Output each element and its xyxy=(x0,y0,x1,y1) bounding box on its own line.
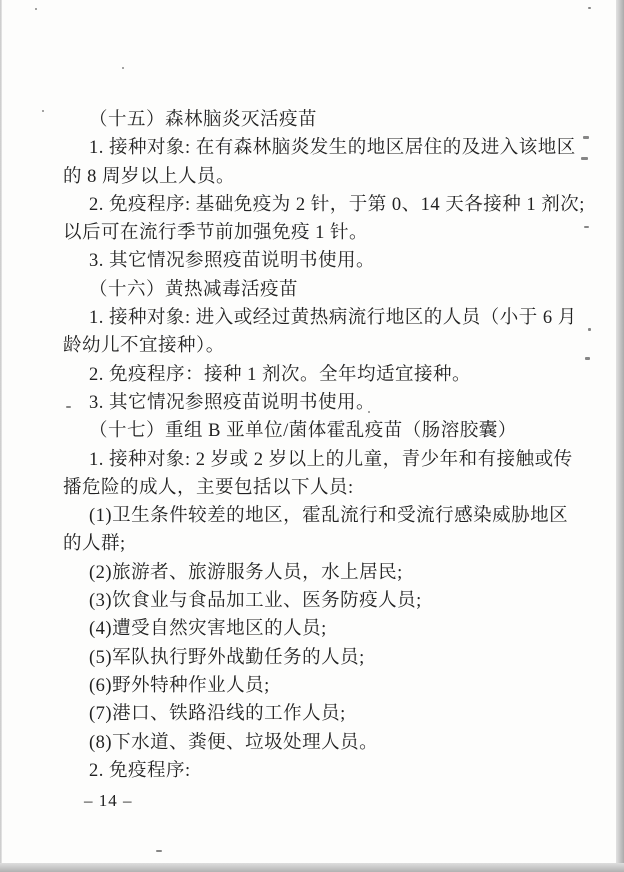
scan-speck xyxy=(66,406,71,408)
text-line: 龄幼儿不宜接种）。 xyxy=(63,332,563,360)
text-line: 的 8 周岁以上人员。 xyxy=(63,163,563,191)
text-line: (3)饮食业与食品加工业、医务防疫人员; xyxy=(63,587,563,615)
text-line: (1)卫生条件较差的地区，霍乱流行和受流行感染威胁地区 xyxy=(63,502,563,530)
section-heading: （十五）森林脑炎灭活疫苗 xyxy=(63,106,563,134)
text-line: 3. 其它情况参照疫苗说明书使用。 xyxy=(63,247,563,275)
scan-speck xyxy=(584,226,589,228)
section-heading: （十六）黄热减毒活疫苗 xyxy=(63,276,563,304)
text-line: 1. 接种对象: 进入或经过黄热病流行地区的人员（小于 6 月 xyxy=(63,304,563,332)
scan-speck xyxy=(588,328,591,331)
page-number: – 14 – xyxy=(84,791,133,811)
section-heading: （十七）重组 B 亚单位/菌体霍乱疫苗（肠溶胶囊） xyxy=(63,417,563,445)
text-line: 1. 接种对象: 在有森林脑炎发生的地区居住的及进入该地区 xyxy=(63,134,563,162)
scan-speck xyxy=(585,357,590,360)
document-body: （十五）森林脑炎灭活疫苗1. 接种对象: 在有森林脑炎发生的地区居住的及进入该地… xyxy=(63,106,563,785)
scan-speck xyxy=(122,67,124,69)
text-line: 的人群; xyxy=(63,530,563,558)
scan-speck xyxy=(583,136,589,139)
scan-speck xyxy=(42,110,44,112)
text-line: 播危险的成人，主要包括以下人员: xyxy=(63,474,563,502)
scan-speck xyxy=(368,411,370,413)
text-line: 2. 免疫程序: xyxy=(63,757,563,785)
text-line: (7)港口、铁路沿线的工作人员; xyxy=(63,700,563,728)
scan-speck xyxy=(35,8,37,10)
scan-speck xyxy=(581,157,588,160)
scanned-document-page: （十五）森林脑炎灭活疫苗1. 接种对象: 在有森林脑炎发生的地区居住的及进入该地… xyxy=(0,0,624,872)
text-line: (6)野外特种作业人员; xyxy=(63,672,563,700)
scan-bottom-edge xyxy=(0,863,624,872)
text-line: 1. 接种对象: 2 岁或 2 岁以上的儿童，青少年和有接触或传 xyxy=(63,446,563,474)
text-line: 2. 免疫程序: 基础免疫为 2 针，于第 0、14 天各接种 1 剂次; xyxy=(63,191,563,219)
scan-speck xyxy=(156,850,162,852)
text-line: (8)下水道、粪便、垃圾处理人员。 xyxy=(63,729,563,757)
text-line: (4)遭受自然灾害地区的人员; xyxy=(63,615,563,643)
scan-speck xyxy=(588,7,591,9)
text-line: 3. 其它情况参照疫苗说明书使用。 xyxy=(63,389,563,417)
text-line: (5)军队执行野外战勤任务的人员; xyxy=(63,644,563,672)
scan-left-edge xyxy=(0,0,2,872)
text-line: 以后可在流行季节前加强免疫 1 针。 xyxy=(63,219,563,247)
scan-right-edge xyxy=(616,0,624,872)
text-line: (2)旅游者、旅游服务人员，水上居民; xyxy=(63,559,563,587)
text-line: 2. 免疫程序：接种 1 剂次。全年均适宜接种。 xyxy=(63,361,563,389)
